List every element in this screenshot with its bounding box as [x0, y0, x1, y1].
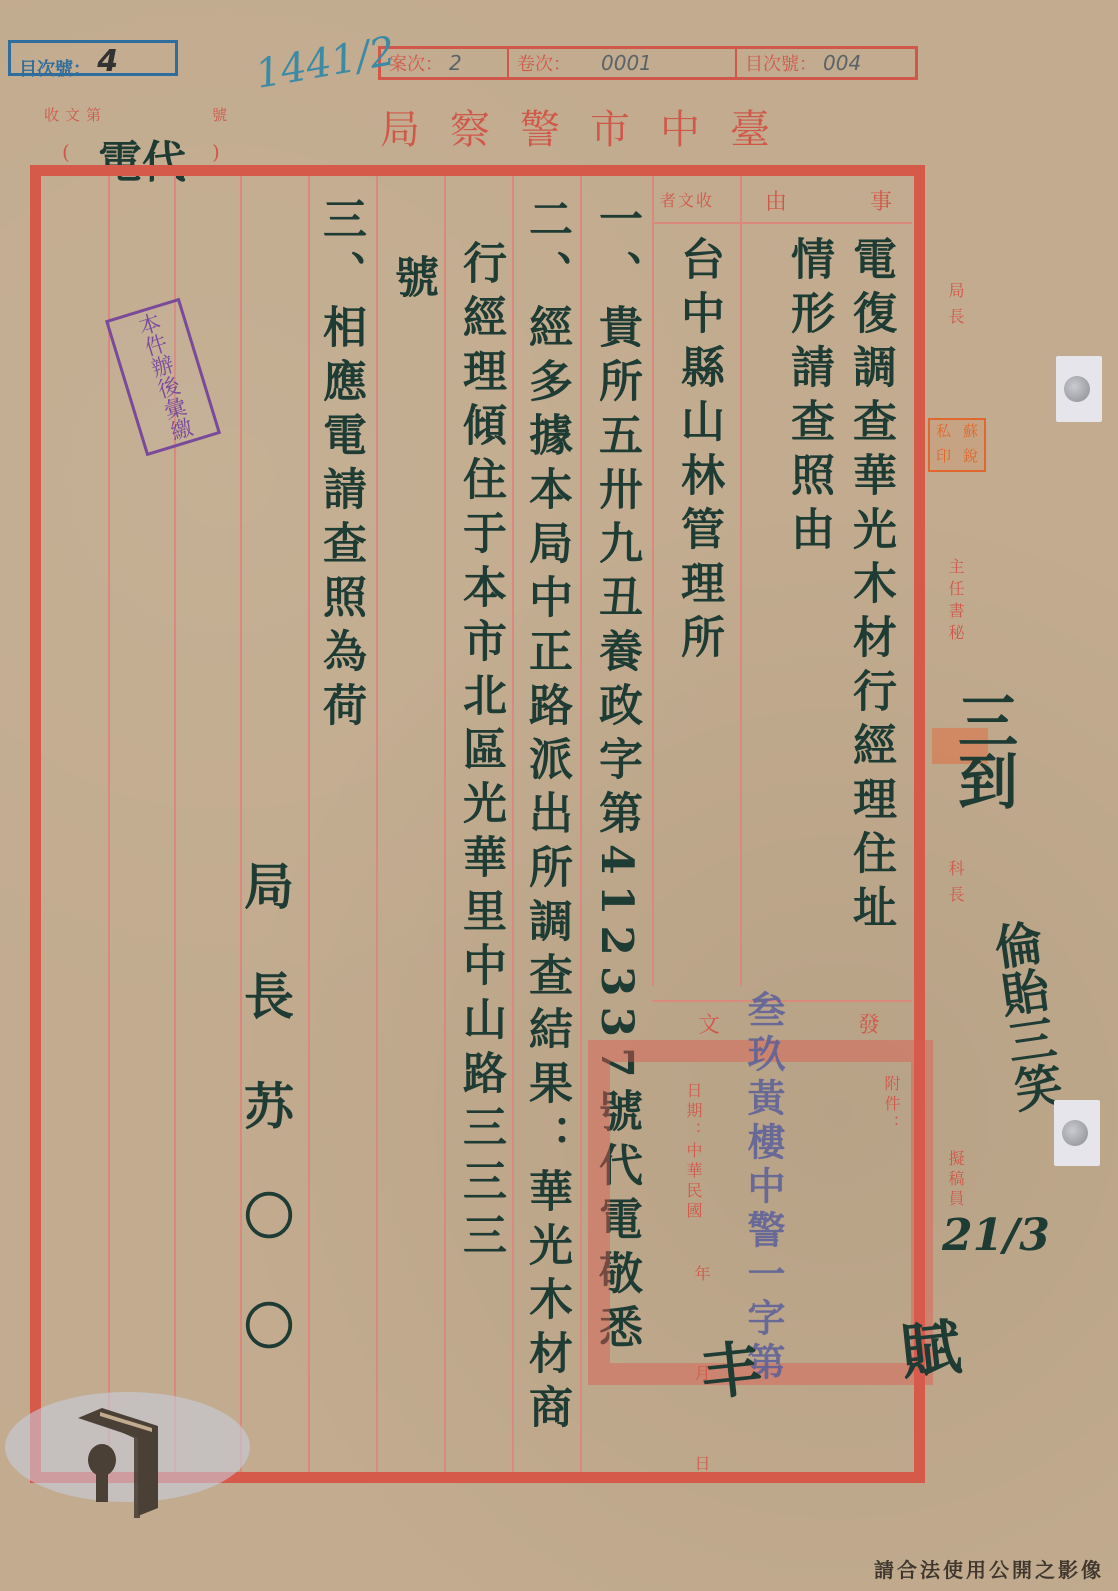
header-rule — [652, 222, 912, 224]
dispatch-label-1: 發 — [858, 1008, 880, 1039]
rule-line — [580, 176, 582, 1472]
drafter-signature: 21/3 — [942, 1210, 1050, 1261]
seal-char: 銳 — [957, 445, 984, 470]
index-box-blue: 目次號： 4 — [8, 40, 178, 76]
rule-line — [444, 176, 446, 1472]
date-day: 日 — [690, 1455, 713, 1481]
body-item-2: 二、經多據本局中正路派出所調查結果：華光木材商 — [524, 196, 568, 1438]
section-chief-label: 科長 — [944, 860, 967, 912]
date-year: 年 — [690, 1265, 713, 1291]
rule-line — [376, 176, 378, 1472]
binding-hole — [1054, 1100, 1100, 1166]
dispatch-label-2: 文 — [698, 1008, 720, 1039]
rule-line — [108, 176, 110, 1472]
chief-secretary-label: 主任書秘 — [944, 558, 967, 646]
paren-open: ( — [62, 140, 70, 164]
rule-line — [512, 176, 514, 1472]
paren-close: ) — [212, 140, 220, 164]
director-label: 局長 — [944, 282, 967, 334]
receipt-annotation: 1441/2 — [252, 28, 399, 98]
receipt-suffix: 號 — [212, 104, 227, 125]
item-label: 目次號： — [745, 50, 817, 76]
item-field: 目次號： 004 — [737, 49, 915, 77]
case-field: 案次： 2 — [381, 49, 509, 77]
section-chief-signature: 倫貽三笑 — [977, 916, 1072, 1116]
rule-line — [652, 176, 654, 986]
seal-char: 印 — [930, 445, 957, 470]
reason-header-2: 事 — [870, 185, 892, 216]
volume-label: 卷次： — [517, 50, 571, 76]
usage-notice: 請合法使用公開之影像 — [874, 1554, 1104, 1583]
item-value: 004 — [823, 51, 861, 75]
seal-char: 私 — [930, 420, 957, 445]
subject-line-2: 情形請查照由 — [786, 236, 830, 560]
archive-book-icon — [78, 1408, 178, 1518]
drafter-label: 擬稿員 — [944, 1150, 967, 1210]
receipt-label: 收文第 — [44, 104, 107, 125]
closing-signature: 局長苏〇〇 — [240, 860, 290, 1410]
director-seal: 私 蘇 印 銳 — [928, 418, 986, 472]
index-box-red: 案次： 2 卷次： 0001 目次號： 004 — [378, 46, 918, 80]
attachment-label: 附件： — [880, 1075, 903, 1135]
volume-field: 卷次： 0001 — [509, 49, 737, 77]
body-item-3: 三、相應電請查照為荷 — [318, 196, 362, 736]
index-label: 目次號： — [19, 59, 91, 80]
page-title: 臺中市警察局 — [380, 98, 800, 155]
body-item-2-cont: 行經理傾住于本市北區光華里中山路三三三 — [458, 240, 502, 1266]
date-label: 日期：中華民國 — [682, 1082, 705, 1222]
body-item-2-end: 號 — [390, 254, 434, 308]
rule-line — [308, 176, 310, 1472]
seal-char: 蘇 — [957, 420, 984, 445]
volume-value: 0001 — [601, 51, 652, 75]
case-value: 2 — [449, 51, 462, 75]
chief-secretary-signature: 三到 — [940, 690, 1026, 810]
recipient-header: 收文者 — [660, 188, 714, 211]
index-value: 4 — [97, 44, 118, 79]
rule-line — [740, 176, 742, 986]
reason-header-1: 由 — [765, 185, 787, 216]
subject-line-1: 電復調查華光木材行經理住址 — [848, 236, 892, 938]
recipient-text: 台中縣山林管理所 — [676, 236, 720, 668]
binding-hole — [1056, 356, 1102, 422]
